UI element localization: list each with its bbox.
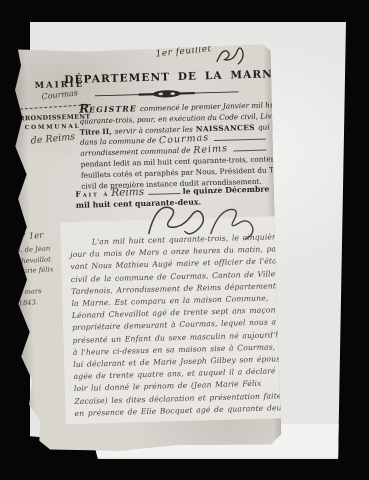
paraph-flourish-icon — [214, 45, 249, 68]
register-cover-page: 1er feuillet MAIRIE Courmas ARRONDISSEME… — [7, 42, 281, 453]
scanned-document-view: 1er feuillet MAIRIE Courmas ARRONDISSEME… — [0, 0, 369, 480]
fill-rule — [233, 150, 266, 152]
birth-act-text: L'an mil huit cent quarante-trois, le ci… — [70, 231, 281, 420]
title-ornament-rule — [95, 87, 239, 100]
margin-note: N° 1er B. de Jean Chevaillot marie félix… — [14, 229, 73, 308]
registre-paragraph: R EGISTRE commencé le premier Janvier mi… — [79, 99, 269, 193]
fill-rule — [214, 139, 266, 141]
folio-annotation: 1er feuillet — [155, 45, 248, 70]
registre-initial: R — [79, 103, 89, 114]
act-number: N° 1er — [14, 229, 69, 242]
fait-label: Fait à — [75, 189, 109, 199]
